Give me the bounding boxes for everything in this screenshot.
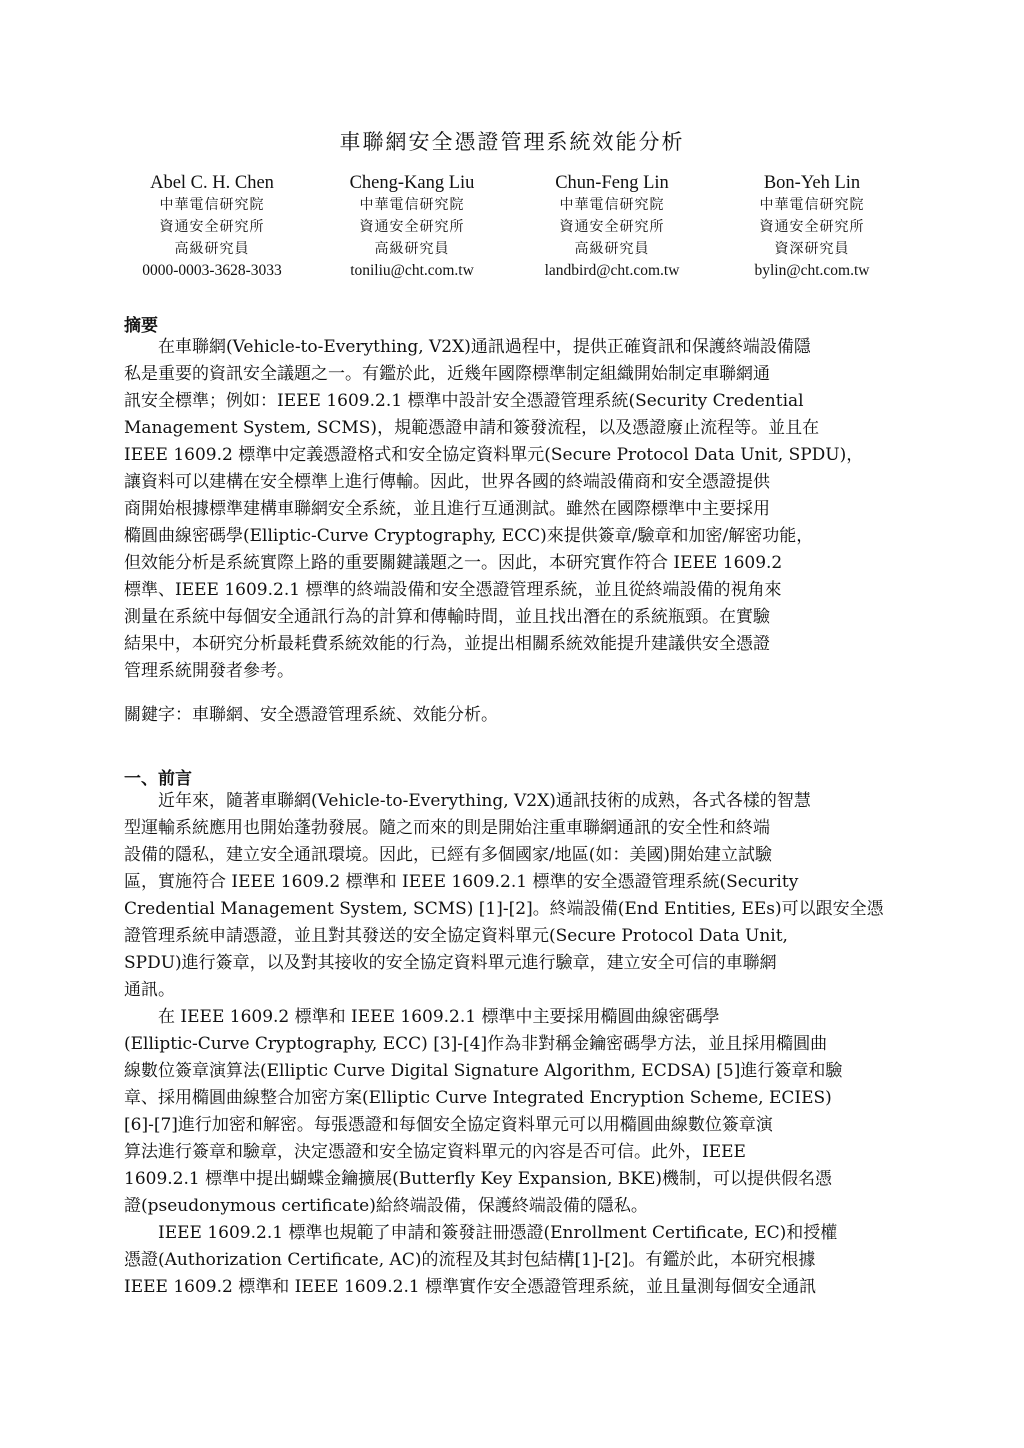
body-line: 型運輸系統應用也開始蓬勃發展。隨之而來的則是開始注重車聯網通訊的安全性和終端 [124,815,900,842]
body-line: 在 IEEE 1609.2 標準和 IEEE 1609.2.1 標準中主要採用橢… [124,1004,900,1031]
body-line: 證(pseudonymous certificate)給終端設備，保護終端設備的… [124,1193,900,1220]
abstract-line: IEEE 1609.2 標準中定義憑證格式和安全協定資料單元(Secure Pr… [124,442,900,469]
author-org: 中華電信研究院 [512,194,712,216]
abstract-line: 讓資料可以建構在安全標準上進行傳輸。因此，世界各國的終端設備商和安全憑證提供 [124,469,900,496]
author-name: Chun-Feng Lin [512,172,712,194]
abstract-line: 橢圓曲線密碼學(Elliptic-Curve Cryptography, ECC… [124,523,900,550]
abstract-line: 私是重要的資訊安全議題之一。有鑑於此，近幾年國際標準制定組織開始制定車聯網通 [124,361,900,388]
body-line: 1609.2.1 標準中提出蝴蝶金鑰擴展(Butterfly Key Expan… [124,1166,900,1193]
abstract-line: 訊安全標準；例如：IEEE 1609.2.1 標準中設計安全憑證管理系統(Sec… [124,388,900,415]
section-body: 近年來，隨著車聯網(Vehicle-to-Everything, V2X)通訊技… [124,788,900,1301]
section-heading: 一、前言 [124,764,192,789]
body-line: (Elliptic-Curve Cryptography, ECC) [3]-[… [124,1031,900,1058]
body-line: SPDU)進行簽章，以及對其接收的安全協定資料單元進行驗章，建立安全可信的車聯網 [124,950,900,977]
body-line: 算法進行簽章和驗章，決定憑證和安全協定資料單元的內容是否可信。此外，IEEE [124,1139,900,1166]
body-line: IEEE 1609.2 標準和 IEEE 1609.2.1 標準實作安全憑證管理… [124,1274,900,1301]
body-line: 章、採用橢圓曲線整合加密方案(Elliptic Curve Integrated… [124,1085,900,1112]
author-org: 中華電信研究院 [112,194,312,216]
author-list: Abel C. H. Chen 中華電信研究院 資通安全研究所 高級研究員 00… [112,172,912,282]
author-contact: 0000-0003-3628-3033 [112,260,312,282]
abstract-heading: 摘要 [124,311,158,336]
author-dept: 資通安全研究所 [512,216,712,238]
body-line: 憑證(Authorization Certificate, AC)的流程及其封包… [124,1247,900,1274]
author-email: toniliu@cht.com.tw [312,260,512,282]
abstract-body: 在車聯網(Vehicle-to-Everything, V2X)通訊過程中，提供… [124,334,900,685]
body-line: 通訊。 [124,977,900,1004]
abstract-line: 商開始根據標準建構車聯網安全系統，並且進行互通測試。雖然在國際標準中主要採用 [124,496,900,523]
author-dept: 資通安全研究所 [112,216,312,238]
body-line: IEEE 1609.2.1 標準也規範了申請和簽發註冊憑證(Enrollment… [124,1220,900,1247]
author-org: 中華電信研究院 [312,194,512,216]
author-block: Chun-Feng Lin 中華電信研究院 資通安全研究所 高級研究員 land… [512,172,712,282]
author-name: Bon-Yeh Lin [712,172,912,194]
abstract-line: 但效能分析是系統實際上路的重要關鍵議題之一。因此，本研究實作符合 IEEE 16… [124,550,900,577]
author-name: Abel C. H. Chen [112,172,312,194]
author-dept: 資通安全研究所 [312,216,512,238]
author-block: Abel C. H. Chen 中華電信研究院 資通安全研究所 高級研究員 00… [112,172,312,282]
author-position: 高級研究員 [112,238,312,260]
author-org: 中華電信研究院 [712,194,912,216]
author-dept: 資通安全研究所 [712,216,912,238]
body-line: [6]-[7]進行加密和解密。每張憑證和每個安全協定資料單元可以用橢圓曲線數位簽… [124,1112,900,1139]
author-position: 高級研究員 [512,238,712,260]
author-email: landbird@cht.com.tw [512,260,712,282]
paper-page: 車聯網安全憑證管理系統效能分析 Abel C. H. Chen 中華電信研究院 … [0,0,1024,1448]
author-email: bylin@cht.com.tw [712,260,912,282]
body-line: 線數位簽章演算法(Elliptic Curve Digital Signatur… [124,1058,900,1085]
author-block: Bon-Yeh Lin 中華電信研究院 資通安全研究所 資深研究員 bylin@… [712,172,912,282]
keywords: 關鍵字：車聯網、安全憑證管理系統、效能分析。 [124,700,498,725]
body-line: 區，實施符合 IEEE 1609.2 標準和 IEEE 1609.2.1 標準的… [124,869,900,896]
body-line: 證管理系統申請憑證，並且對其發送的安全協定資料單元(Secure Protoco… [124,923,900,950]
author-position: 高級研究員 [312,238,512,260]
abstract-line: 標準、IEEE 1609.2.1 標準的終端設備和安全憑證管理系統，並且從終端設… [124,577,900,604]
abstract-line: 在車聯網(Vehicle-to-Everything, V2X)通訊過程中，提供… [124,334,900,361]
abstract-line: 測量在系統中每個安全通訊行為的計算和傳輸時間，並且找出潛在的系統瓶頸。在實驗 [124,604,900,631]
paper-title: 車聯網安全憑證管理系統效能分析 [0,126,1024,156]
abstract-line: Management System, SCMS)，規範憑證申請和簽發流程，以及憑… [124,415,900,442]
body-line: 近年來，隨著車聯網(Vehicle-to-Everything, V2X)通訊技… [124,788,900,815]
body-line: 設備的隱私，建立安全通訊環境。因此，已經有多個國家/地區(如：美國)開始建立試驗 [124,842,900,869]
author-block: Cheng-Kang Liu 中華電信研究院 資通安全研究所 高級研究員 ton… [312,172,512,282]
body-line: Credential Management System, SCMS) [1]-… [124,896,900,923]
abstract-line: 管理系統開發者參考。 [124,658,900,685]
abstract-line: 結果中，本研究分析最耗費系統效能的行為，並提出相關系統效能提升建議供安全憑證 [124,631,900,658]
author-name: Cheng-Kang Liu [312,172,512,194]
author-position: 資深研究員 [712,238,912,260]
